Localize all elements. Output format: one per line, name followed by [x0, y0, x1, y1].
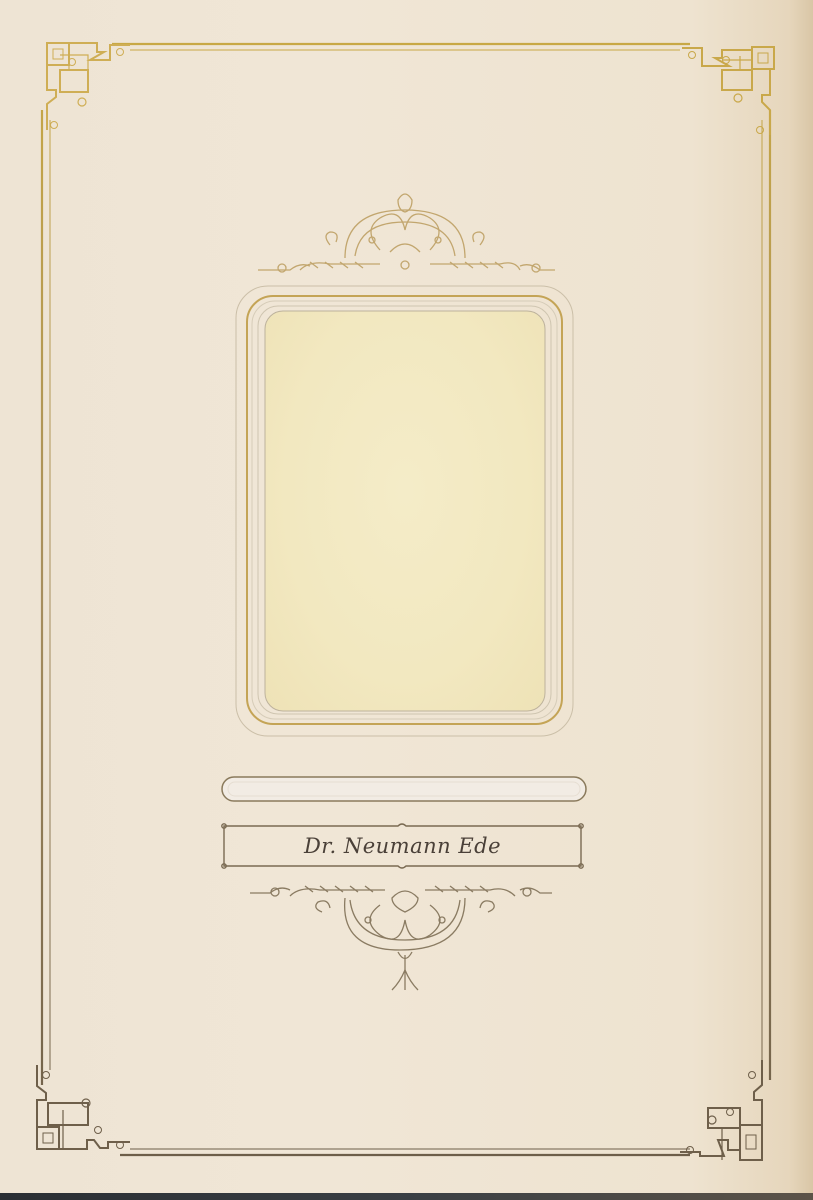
corner-ornament-top-right	[682, 47, 774, 135]
photo-mount-frame	[236, 286, 573, 736]
page-decorations	[0, 0, 813, 1200]
corner-ornament-bottom-right	[680, 1060, 762, 1160]
name-label: Dr. Neumann Ede	[224, 826, 581, 866]
top-scroll-ornament	[258, 194, 555, 272]
caption-slot	[222, 777, 586, 801]
scan-bottom-edge	[0, 1193, 813, 1200]
corner-ornament-top-left	[47, 43, 130, 130]
corner-ornament-bottom-left	[37, 1065, 130, 1149]
bottom-scroll-ornament	[250, 886, 552, 990]
